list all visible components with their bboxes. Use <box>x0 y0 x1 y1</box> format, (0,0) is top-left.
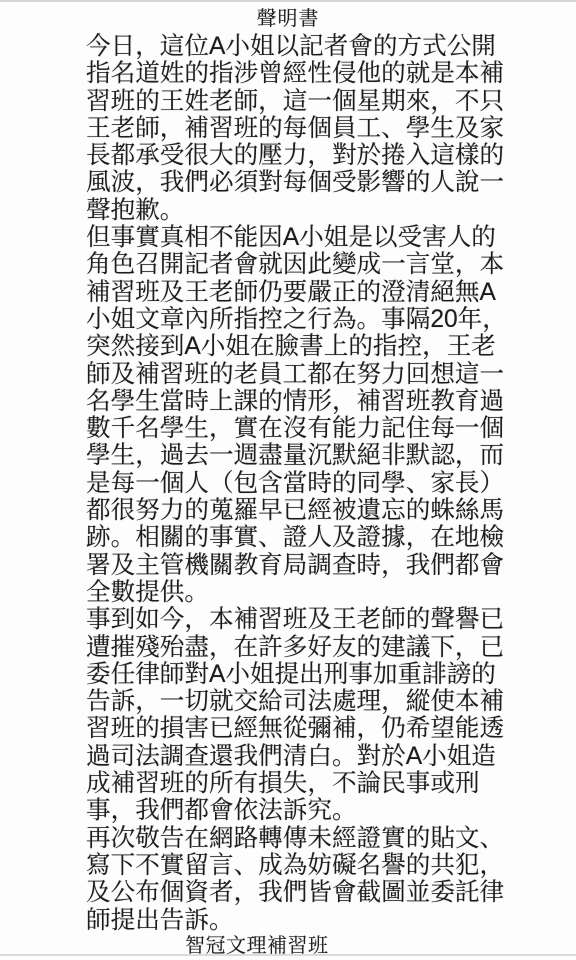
document-title: 聲明書 <box>0 0 576 31</box>
statement-paragraph-warning: 再次敬告在網路轉傳未經證實的貼文、 寫下不實留言、成為妨礙名譽的共犯， 及公布個… <box>86 825 552 934</box>
statement-body: 今日，這位A小姐以記者會的方式公開 指名道姓的指涉曾經性侵他的就是本補 習班的王… <box>86 33 552 934</box>
statement-paragraph-clarification: 但事實真相不能因A小姐是以受害人的 角色召開記者會就因此變成一言堂，本 補習班及… <box>86 224 552 606</box>
statement-paragraph-apology: 今日，這位A小姐以記者會的方式公開 指名道姓的指涉曾經性侵他的就是本補 習班的王… <box>86 33 552 224</box>
photo-bottom-edge-line <box>0 954 576 956</box>
statement-paragraph-legal-action: 事到如今，本補習班及王老師的聲譽已 遭摧殘殆盡，在許多好友的建議下，已 委任律師… <box>86 606 552 824</box>
photo-top-edge-line <box>0 0 576 2</box>
statement-page: 聲明書 今日，這位A小姐以記者會的方式公開 指名道姓的指涉曾經性侵他的就是本補 … <box>0 0 576 960</box>
